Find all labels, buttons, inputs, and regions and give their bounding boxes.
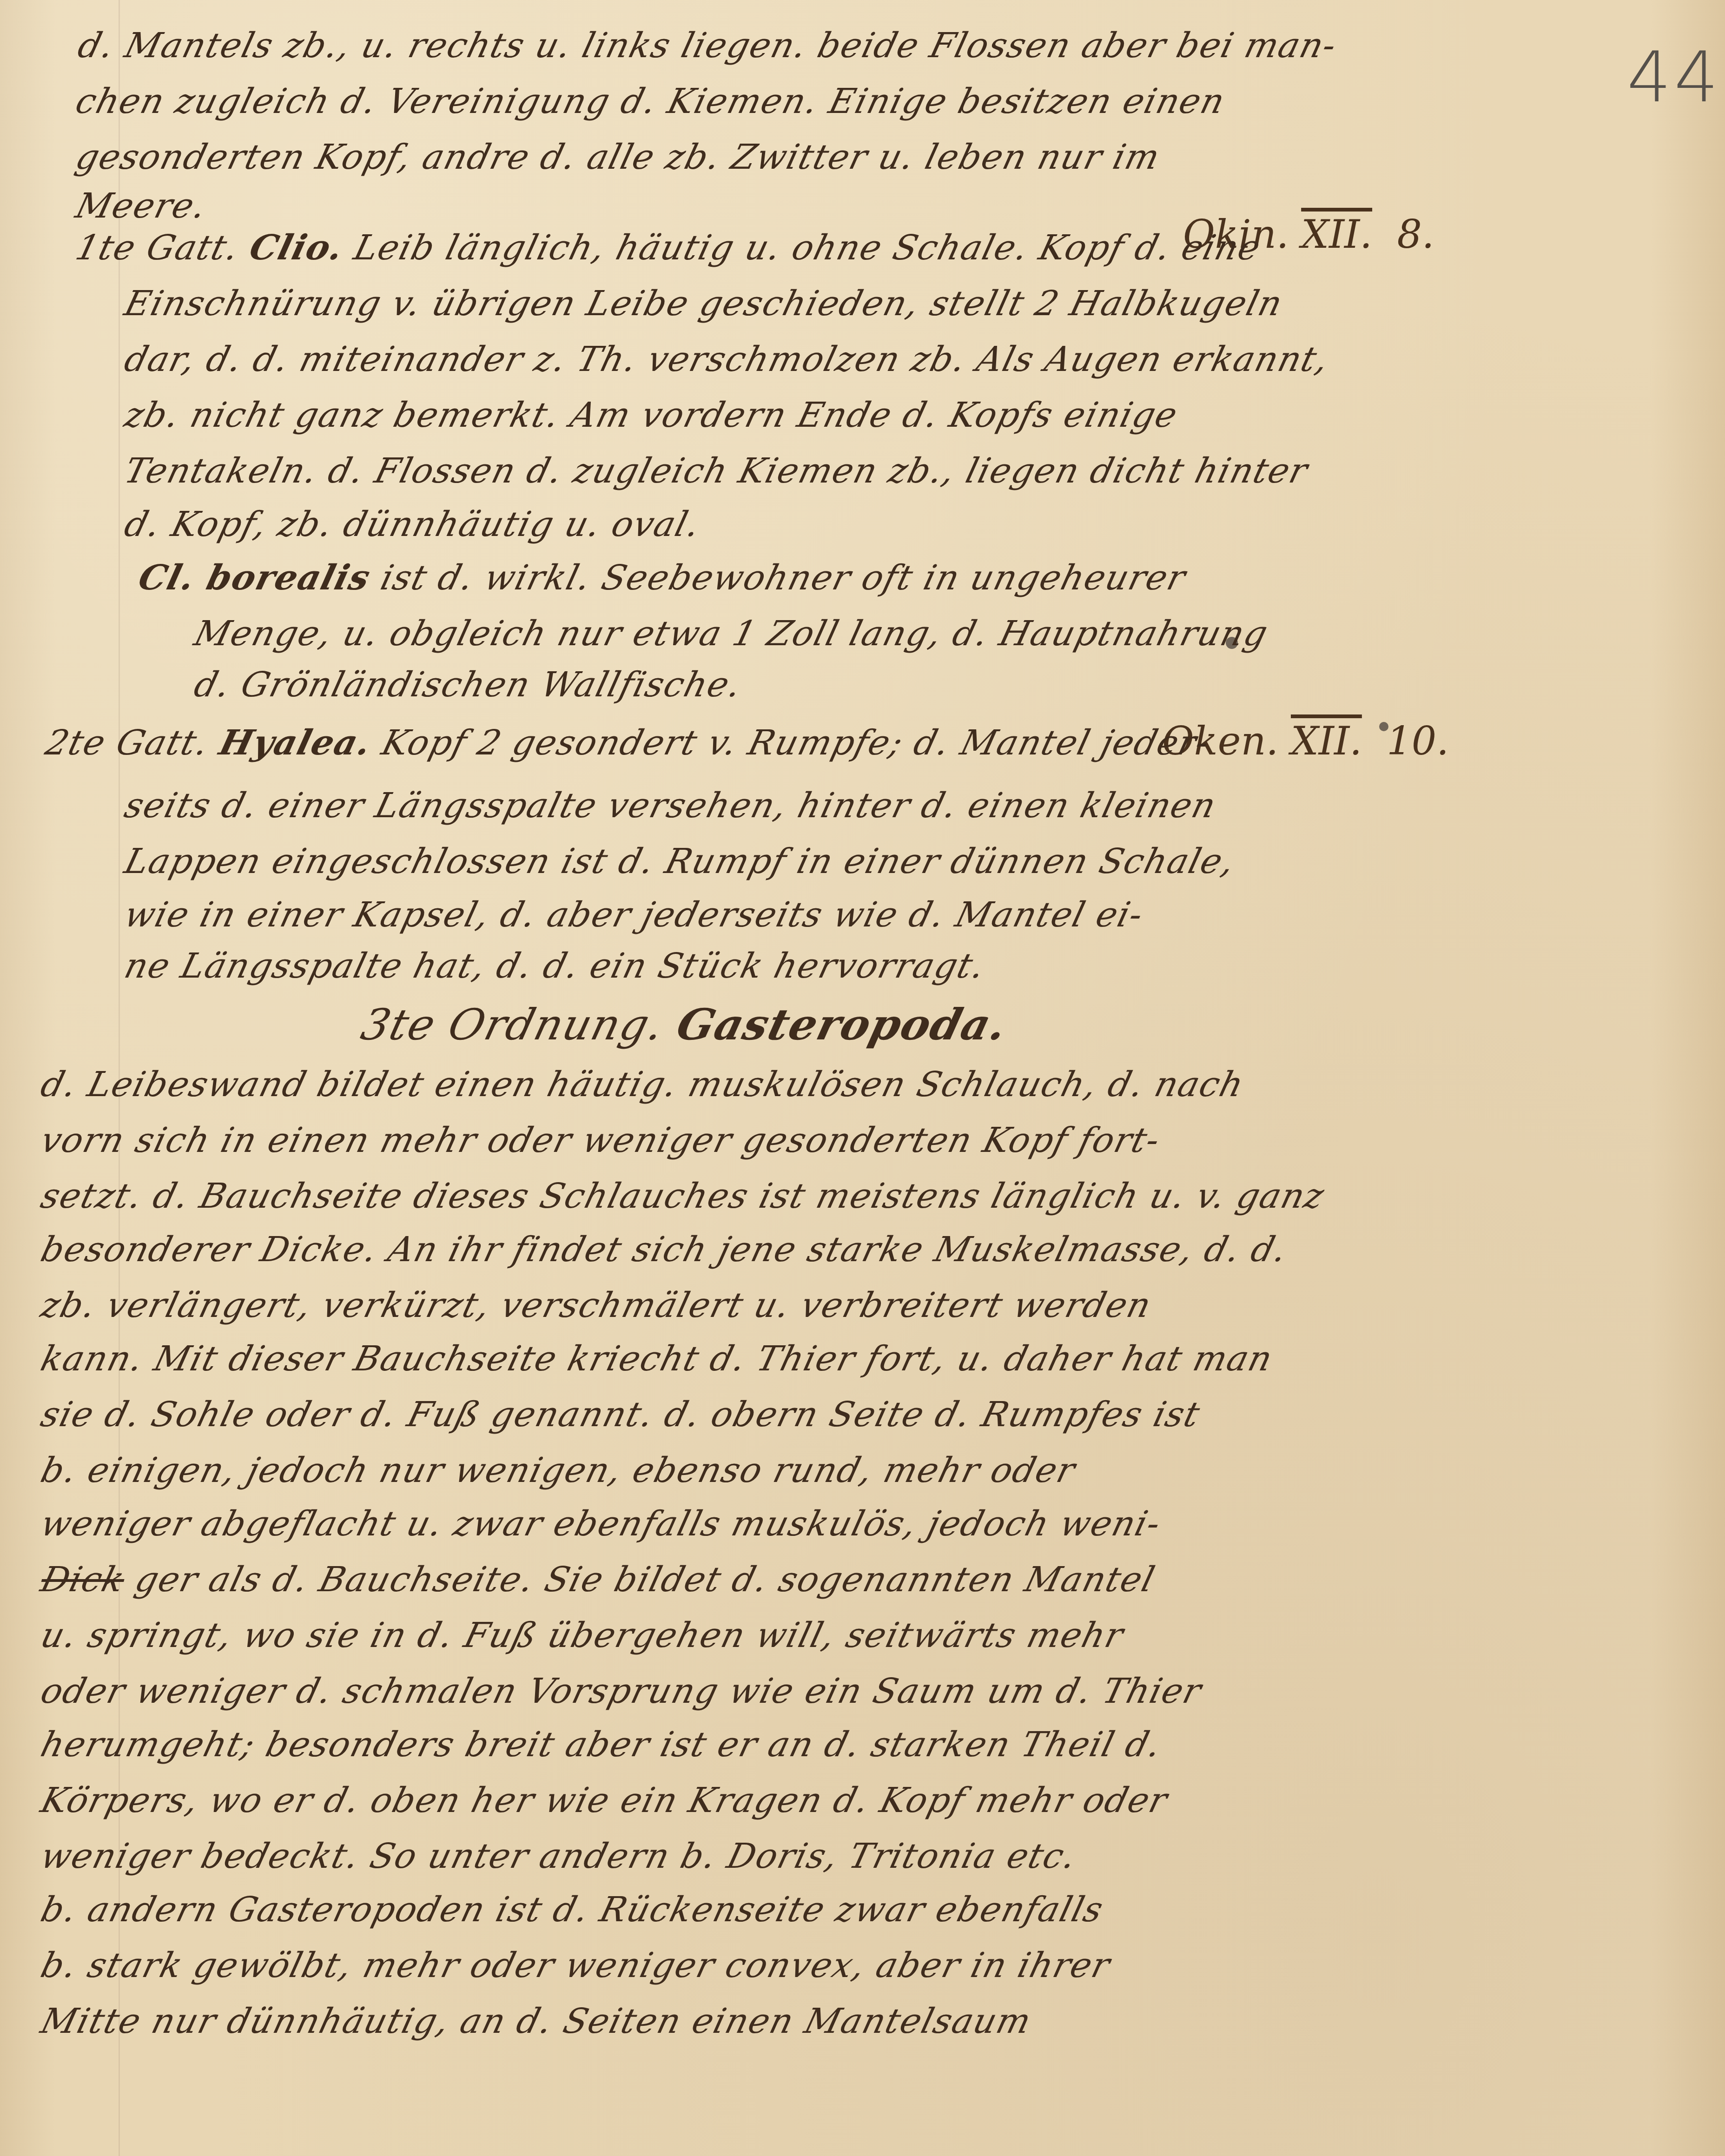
manuscript-line: chen zugleich d. Vereinigung d. Kiemen. … [72, 81, 1229, 121]
manuscript-line: d. Grönländischen Wallfische. [190, 665, 746, 705]
margin-note-roman: XII. [1291, 718, 1362, 764]
manuscript-line: oder weniger d. schmalen Vorsprung wie e… [37, 1671, 1206, 1711]
manuscript-line: besonderer Dicke. An ihr findet sich jen… [37, 1230, 1292, 1270]
order-number: 3te Ordnung. [357, 1000, 670, 1050]
manuscript-line: setzt. d. Bauchseite dieses Schlauches i… [37, 1176, 1329, 1216]
genus-description: Leib länglich, häutig u. ohne Schale. Ko… [350, 228, 1265, 268]
margin-note-number: 8. [1397, 212, 1434, 257]
manuscript-line: gesonderten Kopf, andre d. alle zb. Zwit… [72, 137, 1164, 177]
manuscript-line: Mitte nur dünnhäutig, an d. Seiten einen… [37, 2001, 1036, 2041]
manuscript-line: Tentakeln. d. Flossen d. zugleich Kiemen… [120, 451, 1312, 491]
manuscript-line: weniger bedeckt. So unter andern b. Dori… [37, 1836, 1081, 1876]
manuscript-line: herumgeht; besonders breit aber ist er a… [37, 1725, 1166, 1765]
manuscript-line: d. Mantels zb., u. rechts u. links liege… [74, 26, 1341, 66]
manuscript-line: b. andern Gasteropoden ist d. Rückenseit… [37, 1890, 1108, 1930]
manuscript-line: weniger abgeflacht u. zwar ebenfalls mus… [37, 1504, 1165, 1544]
genus-entry-hyalea: 2te Gatt. Hyalea. Kopf 2 gesondert v. Ru… [41, 723, 1214, 763]
species-description: ist d. wirkl. Seebewohner oft in ungeheu… [377, 558, 1190, 598]
genus-entry-clio: 1te Gatt. Clio. Leib länglich, häutig u.… [72, 228, 1265, 268]
manuscript-line-with-strikethrough: Dick ger als d. Bauchseite. Sie bildet d… [37, 1560, 1159, 1600]
manuscript-line: u. springt, wo sie in d. Fuß übergehen w… [37, 1615, 1128, 1655]
line-text: ger als d. Bauchseite. Sie bildet d. sog… [131, 1560, 1159, 1600]
struck-out-word: Dick [37, 1560, 129, 1600]
page-number: 44 [1627, 37, 1721, 118]
manuscript-line: dar, d. d. miteinander z. Th. verschmolz… [120, 339, 1333, 379]
section-heading-gasteropoda: 3te Ordnung. Gasteropoda. [357, 999, 1013, 1050]
manuscript-line: d. Kopf, zb. dünnhäutig u. oval. [120, 504, 705, 544]
manuscript-line: Körpers, wo er d. oben her wie ein Krage… [37, 1780, 1172, 1820]
manuscript-line: zb. verlängert, verkürzt, verschmälert u… [37, 1285, 1156, 1325]
genus-name: Clio. [245, 228, 348, 268]
manuscript-line: ne Längsspalte hat, d. d. ein Stück herv… [120, 946, 989, 986]
genus-number: 1te Gatt. [72, 228, 244, 268]
manuscript-line: d. Leibeswand bildet einen häutig. musku… [37, 1065, 1248, 1104]
ink-blot [1379, 722, 1388, 731]
manuscript-line: wie in einer Kapsel, d. aber jederseits … [120, 895, 1148, 935]
manuscript-line: zb. nicht ganz bemerkt. Am vordern Ende … [120, 395, 1182, 435]
manuscript-line: kann. Mit dieser Bauchseite kriecht d. T… [37, 1339, 1277, 1379]
genus-description: Kopf 2 gesondert v. Rumpfe; d. Mantel je… [377, 723, 1214, 763]
manuscript-line: b. einigen, jedoch nur wenigen, ebenso r… [37, 1450, 1080, 1490]
manuscript-line: Menge, u. obgleich nur etwa 1 Zoll lang,… [190, 614, 1272, 654]
margin-note-number: 10. [1387, 718, 1449, 764]
manuscript-line: Einschnürung v. übrigen Leibe geschieden… [120, 284, 1287, 324]
manuscript-line: seits d. einer Längsspalte versehen, hin… [120, 786, 1221, 826]
order-name: Gasteropoda. [672, 999, 1012, 1050]
species-entry-clio-borealis: Cl. borealis ist d. wirkl. Seebewohner o… [134, 558, 1190, 598]
margin-note-roman: XII. [1301, 212, 1372, 257]
genus-name: Hyalea. [215, 723, 376, 763]
manuscript-line: b. stark gewölbt, mehr oder weniger conv… [37, 1945, 1115, 1985]
manuscript-line: sie d. Sohle oder d. Fuß genannt. d. obe… [37, 1395, 1204, 1435]
manuscript-line: Lappen eingeschlossen ist d. Rumpf in ei… [120, 841, 1239, 881]
species-name: Cl. borealis [134, 558, 375, 598]
genus-number: 2te Gatt. [41, 723, 213, 763]
manuscript-line: Meere. [72, 186, 211, 226]
manuscript-line: vorn sich in einen mehr oder weniger ges… [37, 1120, 1164, 1160]
